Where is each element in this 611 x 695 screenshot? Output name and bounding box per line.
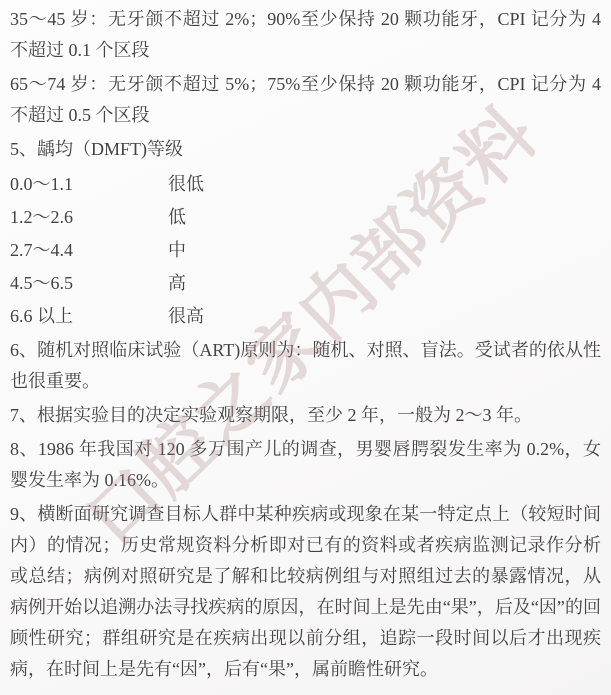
paragraph-age-35-45: 35～45 岁：无牙颌不超过 2%；90%至少保持 20 颗功能牙，CPI 记分… — [10, 4, 601, 66]
dmft-grade-label: 中 — [168, 234, 601, 267]
dmft-table-row: 2.7～4.4 中 — [10, 234, 601, 267]
dmft-range-value: 6.6 以上 — [10, 300, 168, 333]
dmft-grade-label: 高 — [168, 267, 601, 300]
dmft-grade-table: 0.0～1.1 很低 1.2～2.6 低 2.7～4.4 中 4.5～6.5 高… — [10, 168, 601, 333]
dmft-range-value: 4.5～6.5 — [10, 267, 168, 300]
dmft-table-row: 0.0～1.1 很低 — [10, 168, 601, 201]
dmft-grade-label: 很低 — [168, 168, 601, 201]
document-body: 35～45 岁：无牙颌不超过 2%；90%至少保持 20 颗功能牙，CPI 记分… — [0, 0, 611, 695]
dmft-range-value: 2.7～4.4 — [10, 234, 168, 267]
dmft-heading: 5、龋均（DMFT)等级 — [10, 134, 601, 165]
dmft-table-row: 4.5～6.5 高 — [10, 267, 601, 300]
dmft-range-value: 1.2～2.6 — [10, 201, 168, 234]
dmft-table-row: 1.2～2.6 低 — [10, 201, 601, 234]
paragraph-9-study-designs: 9、横断面研究调查目标人群中某种疾病或现象在某一特定点上（较短时间内）的情况；历… — [10, 499, 601, 685]
document-page: 口腔之家内部资料 35～45 岁：无牙颌不超过 2%；90%至少保持 20 颗功… — [0, 0, 611, 695]
dmft-grade-label: 低 — [168, 201, 601, 234]
paragraph-7-observation-period: 7、根据实验目的决定实验观察期限，至少 2 年，一般为 2～3 年。 — [10, 400, 601, 431]
scanned-document-page: { "page": { "background_color": "#fcfcfc… — [0, 0, 611, 695]
dmft-grade-label: 很高 — [168, 300, 601, 333]
dmft-table-row: 6.6 以上 很高 — [10, 300, 601, 333]
paragraph-6-art-principles: 6、随机对照临床试验（ART)原则为：随机、对照、盲法。受试者的依从性也很重要。 — [10, 335, 601, 397]
paragraph-8-cleft-survey: 8、1986 年我国对 120 多万围产儿的调查，男婴唇腭裂发生率为 0.2%，… — [10, 434, 601, 496]
dmft-range-value: 0.0～1.1 — [10, 168, 168, 201]
paragraph-age-65-74: 65～74 岁：无牙颌不超过 5%；75%至少保持 20 颗功能牙，CPI 记分… — [10, 69, 601, 131]
